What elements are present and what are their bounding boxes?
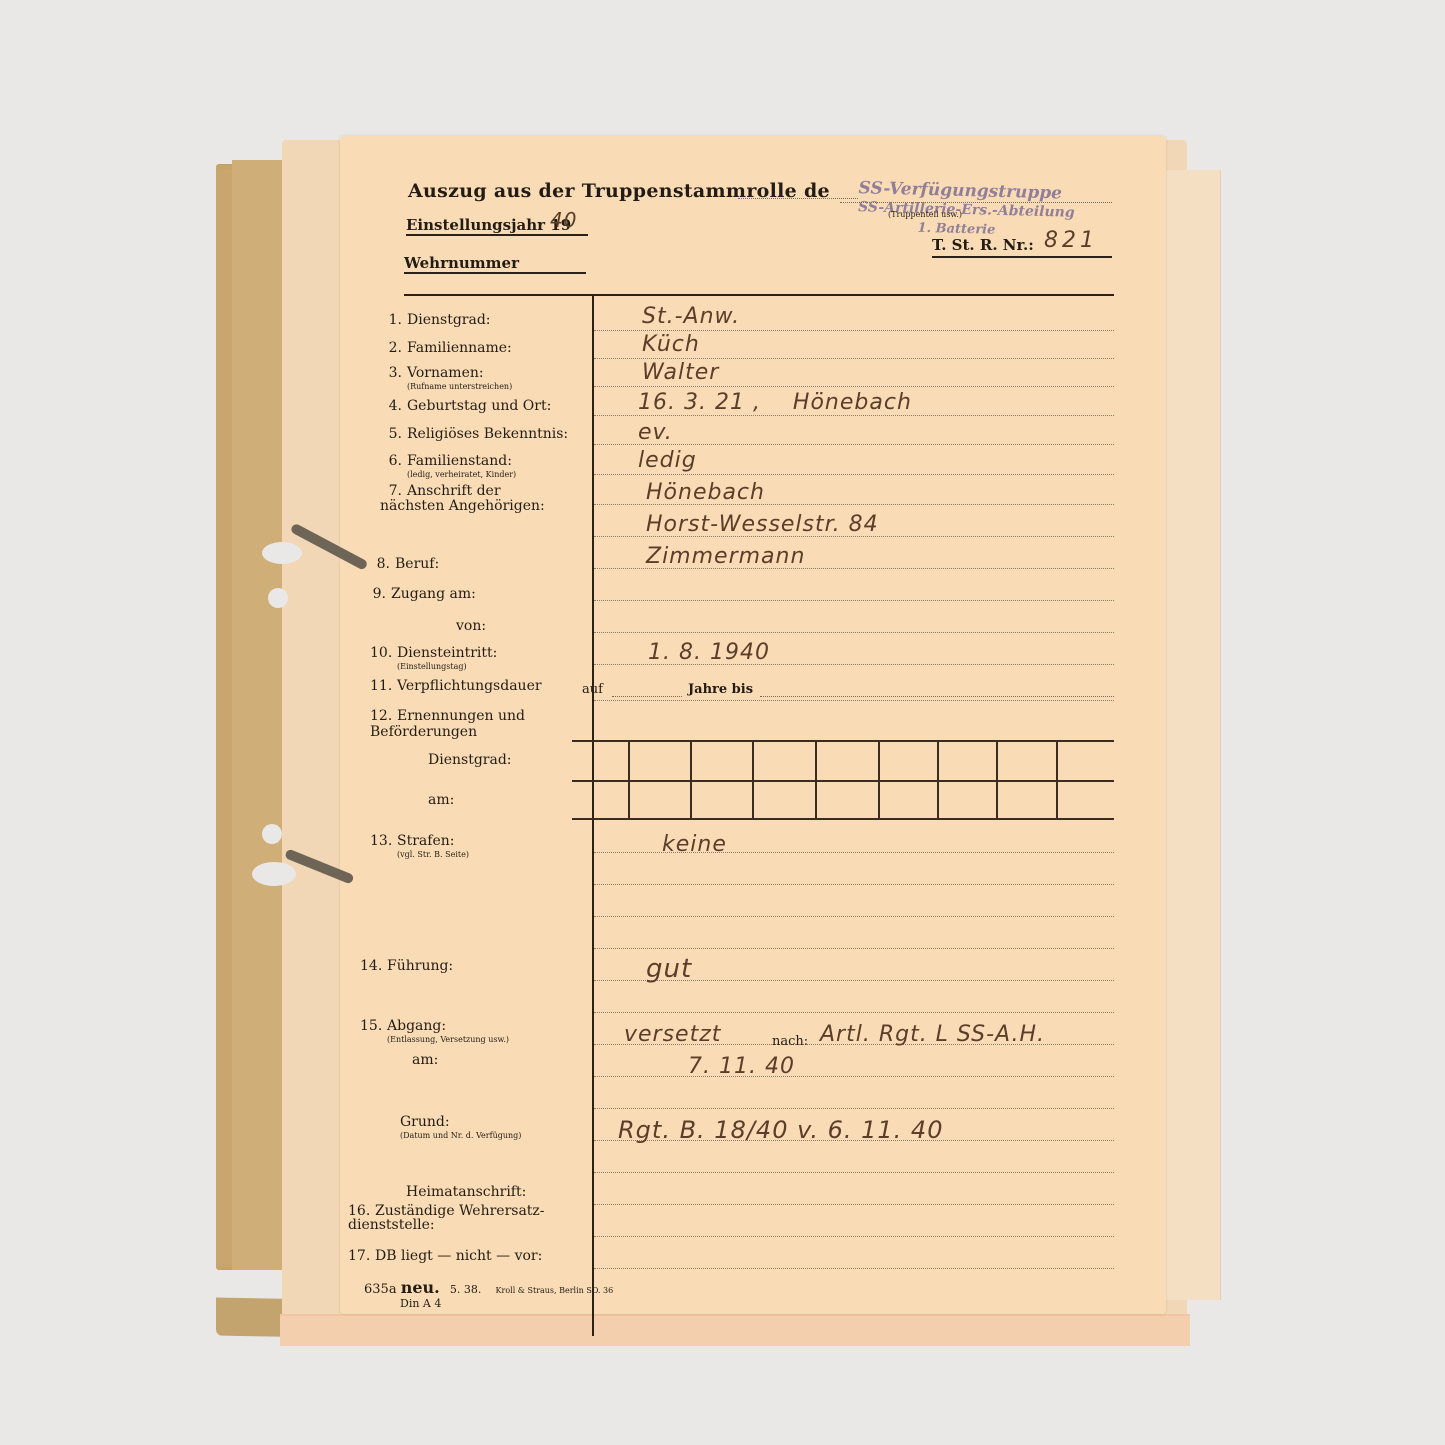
grid-line <box>878 740 880 818</box>
ruled-line <box>594 916 1114 917</box>
verpflichtung-auf: auf <box>582 682 603 697</box>
field-label-bekenntnis: 5.Religiöses Bekenntnis: <box>380 426 568 442</box>
value-bekenntnis: ev. <box>638 420 673 445</box>
field-label-abgang-am: am: <box>412 1052 438 1068</box>
ruled-line <box>594 1076 1114 1077</box>
verpflichtung-jahre-line <box>612 696 682 697</box>
field-label-abgang: 15.Abgang:(Entlassung, Versetzung usw.) <box>360 1020 509 1046</box>
value-familienname: Küch <box>642 332 700 357</box>
value-fuehrung: gut <box>646 954 692 984</box>
tsrnr-label: T. St. R. Nr.: <box>932 236 1034 254</box>
field-label-promo-am: am: <box>428 792 454 808</box>
field-label-promo-dienstgrad: Dienstgrad: <box>428 752 512 768</box>
punch-hole <box>252 862 296 886</box>
field-label-familienname: 2.Familienname: <box>380 340 512 356</box>
grid-line <box>937 740 939 818</box>
einstellungsjahr-value: 40 <box>550 208 577 232</box>
ruled-line <box>594 1012 1114 1013</box>
grid-line <box>690 740 692 818</box>
field-label-beruf: 8.Beruf: <box>368 556 439 572</box>
grid-line <box>572 780 1114 782</box>
value-abgang-nach: Artl. Rgt. L SS-A.H. <box>820 1022 1045 1047</box>
table-top-rule <box>404 294 1114 296</box>
truppenteil-line <box>840 202 1112 203</box>
tsrnr-underline <box>932 256 1112 258</box>
einstellungsjahr-underline <box>406 234 588 236</box>
column-divider <box>592 296 594 1336</box>
value-abgang: versetzt <box>624 1022 721 1047</box>
wehrnummer-label: Wehrnummer <box>404 254 519 272</box>
value-grund: Rgt. B. 18/40 v. 6. 11. 40 <box>618 1116 943 1144</box>
field-label-dienstgrad: 1.Dienstgrad: <box>380 312 491 328</box>
ruled-line <box>594 700 1114 701</box>
ruled-line <box>594 1268 1114 1269</box>
ruled-line <box>594 600 1114 601</box>
ruled-line <box>594 1172 1114 1173</box>
title-fill-line <box>738 198 858 199</box>
verpflichtung-jahre-bis: Jahre bis <box>688 682 753 697</box>
field-label-fuehrung: 14.Führung: <box>360 958 453 974</box>
underlying-sheet-edge <box>1165 170 1221 1300</box>
grid-line <box>815 740 817 818</box>
punch-hole <box>262 824 282 844</box>
ruled-line <box>594 415 1114 416</box>
field-label-anschrift: 7.Anschrift der nächsten Angehörigen: <box>380 484 560 514</box>
grid-line <box>628 740 630 818</box>
punch-hole <box>262 542 302 564</box>
ruled-line <box>594 358 1114 359</box>
ruled-line <box>594 632 1114 633</box>
ruled-line <box>594 386 1114 387</box>
verpflichtung-bis-line <box>760 696 1114 697</box>
grid-line <box>1056 740 1058 818</box>
tsrnr-value: 821 <box>1044 228 1098 253</box>
field-label-strafen: 13.Strafen:(vgl. Str. B. Seite) <box>370 834 469 862</box>
value-anschrift-ort: Hönebach <box>646 480 765 505</box>
field-label-db: 17.DB liegt — nicht — vor: <box>348 1248 542 1264</box>
ruled-line <box>594 330 1114 331</box>
field-label-zugang: 9.Zugang am: <box>364 586 476 602</box>
ruled-line <box>594 884 1114 885</box>
einstellungsjahr-label: Einstellungsjahr 19 <box>406 216 571 234</box>
field-label-diensteintritt: 10.Diensteintritt:(Einstellungstag) <box>370 646 497 674</box>
grid-line <box>572 740 1114 742</box>
field-label-ernennungen: 12.Ernennungen und Beförderungen <box>370 708 530 740</box>
form-sheet: Auszug aus der Truppenstammrolle de Eins… <box>340 136 1166 1314</box>
ruled-line <box>594 1108 1114 1109</box>
value-dienstgrad: St.-Anw. <box>642 304 740 329</box>
field-label-geburtstag: 4.Geburtstag und Ort: <box>380 398 551 414</box>
field-label-vornamen: 3.Vornamen:(Rufname unterstreichen) <box>380 366 512 394</box>
value-familienstand: ledig <box>638 448 697 473</box>
value-beruf: Zimmermann <box>646 544 805 569</box>
value-vornamen: Walter <box>642 360 719 385</box>
form-footer: 635a neu. 5. 38. Kroll & Straus, Berlin … <box>364 1278 613 1310</box>
field-label-familienstand: 6.Familienstand:(ledig, verheiratet, Kin… <box>380 454 516 482</box>
value-anschrift-strasse: Horst-Wesselstr. 84 <box>646 512 879 537</box>
value-abgang-am: 7. 11. 40 <box>688 1054 795 1079</box>
abgang-nach-label: nach: <box>772 1034 808 1049</box>
field-label-grund: Grund:(Datum und Nr. d. Verfügung) <box>400 1116 521 1142</box>
stamp-caption: (Truppenteil usw.) <box>888 210 962 219</box>
grid-line <box>572 818 1114 820</box>
ruled-line <box>594 948 1114 949</box>
value-diensteintritt: 1. 8. 1940 <box>648 640 770 665</box>
field-label-von: von: <box>456 618 486 634</box>
wehrnummer-underline <box>404 272 586 274</box>
grid-line <box>752 740 754 818</box>
underlying-sheet-bottom-edge <box>280 1314 1190 1346</box>
ruled-line <box>594 474 1114 475</box>
ruled-line <box>594 1236 1114 1237</box>
value-geburtstag: 16. 3. 21 , Hönebach <box>638 390 912 415</box>
field-label-heimatanschrift: Heimatanschrift: <box>406 1184 526 1200</box>
grid-line <box>996 740 998 818</box>
value-strafen: keine <box>662 832 727 857</box>
ruled-line <box>594 1204 1114 1205</box>
field-label-wehrersatz: 16.Zuständige Wehrersatz-dienststelle: <box>348 1204 558 1232</box>
field-label-verpflichtungsdauer: 11.Verpflichtungsdauer <box>370 678 542 694</box>
punch-hole <box>268 588 288 608</box>
